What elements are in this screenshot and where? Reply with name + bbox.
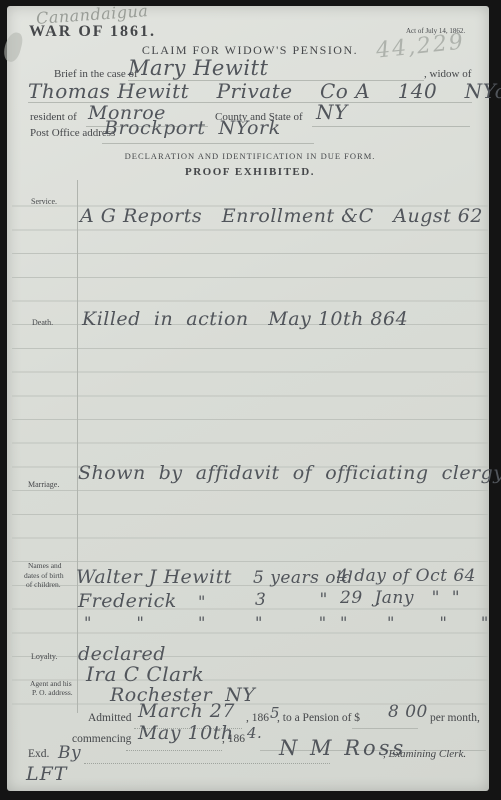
exd-label: Exd. <box>28 748 49 760</box>
admitted-label: Admitted <box>88 712 131 724</box>
soldier-service-line: Thomas Hewitt Private Co A 140 NYorkVol <box>28 79 501 103</box>
pension-of-label: , to a Pension of $ <box>277 712 360 724</box>
admitted-year-prefix: , 186 <box>246 712 269 724</box>
examining-clerk-label: , Examining Clerk. <box>383 748 466 760</box>
commencing-date-handwritten: May 10th <box>138 722 234 744</box>
proof-exhibited-heading: PROOF EXHIBITED. <box>100 166 400 178</box>
death-label: Death. <box>32 318 53 327</box>
state-handwritten: NY <box>316 100 348 124</box>
agent-label-line1: Agent and his <box>30 679 72 688</box>
rule-amount <box>352 728 418 729</box>
children-label-line3: of children. <box>26 580 61 589</box>
resident-of-label: resident of <box>30 111 77 123</box>
rule-exd-by <box>84 763 330 764</box>
exd-by-handwritten: By <box>58 743 81 763</box>
ditto-mark: " <box>198 613 206 632</box>
post-office-label: Post Office address <box>30 127 115 139</box>
ditto-marks: " " <box>84 613 144 632</box>
children-label-line1: Names and <box>28 562 62 571</box>
ditto-marks: " " " " <box>340 613 489 632</box>
service-label: Service. <box>31 197 57 206</box>
child-birthdate: 4 day of Oct 64 <box>337 566 476 586</box>
war-title: WAR OF 1861. <box>29 23 156 41</box>
child-name: Walter J Hewitt <box>76 566 232 588</box>
loyalty-label: Loyalty. <box>31 652 57 661</box>
per-month-label: per month, <box>430 712 480 724</box>
label-column-divider <box>77 180 78 713</box>
pension-amount-handwritten: 8 00 <box>388 702 428 722</box>
agent-name: Ira C Clark <box>86 662 204 686</box>
ruled-lines <box>12 183 488 713</box>
widow-name-handwritten: Mary Hewitt <box>128 56 268 80</box>
scanned-pension-document: Canandaigua WAR OF 1861. Act of July 14,… <box>0 0 501 800</box>
marriage-label: Marriage. <box>28 480 59 489</box>
agent-label-line2: P. O. address. <box>32 688 73 697</box>
rule-under-state <box>312 126 470 127</box>
ditto-marks: " " <box>255 613 327 632</box>
declaration-heading: DECLARATION AND IDENTIFICATION IN DUE FO… <box>75 151 425 161</box>
marriage-entry: Shown by affidavit of officiating clergy… <box>78 462 501 484</box>
admitted-date-handwritten: March 27 <box>138 700 235 722</box>
rule-commencing-date <box>126 750 222 751</box>
examiner-initials: LFT <box>26 763 67 785</box>
commencing-year-prefix: , 186 <box>222 733 245 745</box>
service-entry: A G Reports Enrollment &C Augst 62 <box>80 205 483 227</box>
death-entry: Killed in action May 10th 864 <box>82 308 408 330</box>
ditto-mark: " <box>198 592 206 611</box>
post-office-handwritten: Brockport NYork <box>104 117 281 139</box>
children-label-line2: dates of birth <box>24 571 64 580</box>
commencing-year-digit: 4. <box>247 724 262 742</box>
rule-under-post-office <box>102 143 314 144</box>
child-name: Frederick <box>78 590 177 612</box>
child-birthdate: 29 Jany " " <box>340 588 460 608</box>
